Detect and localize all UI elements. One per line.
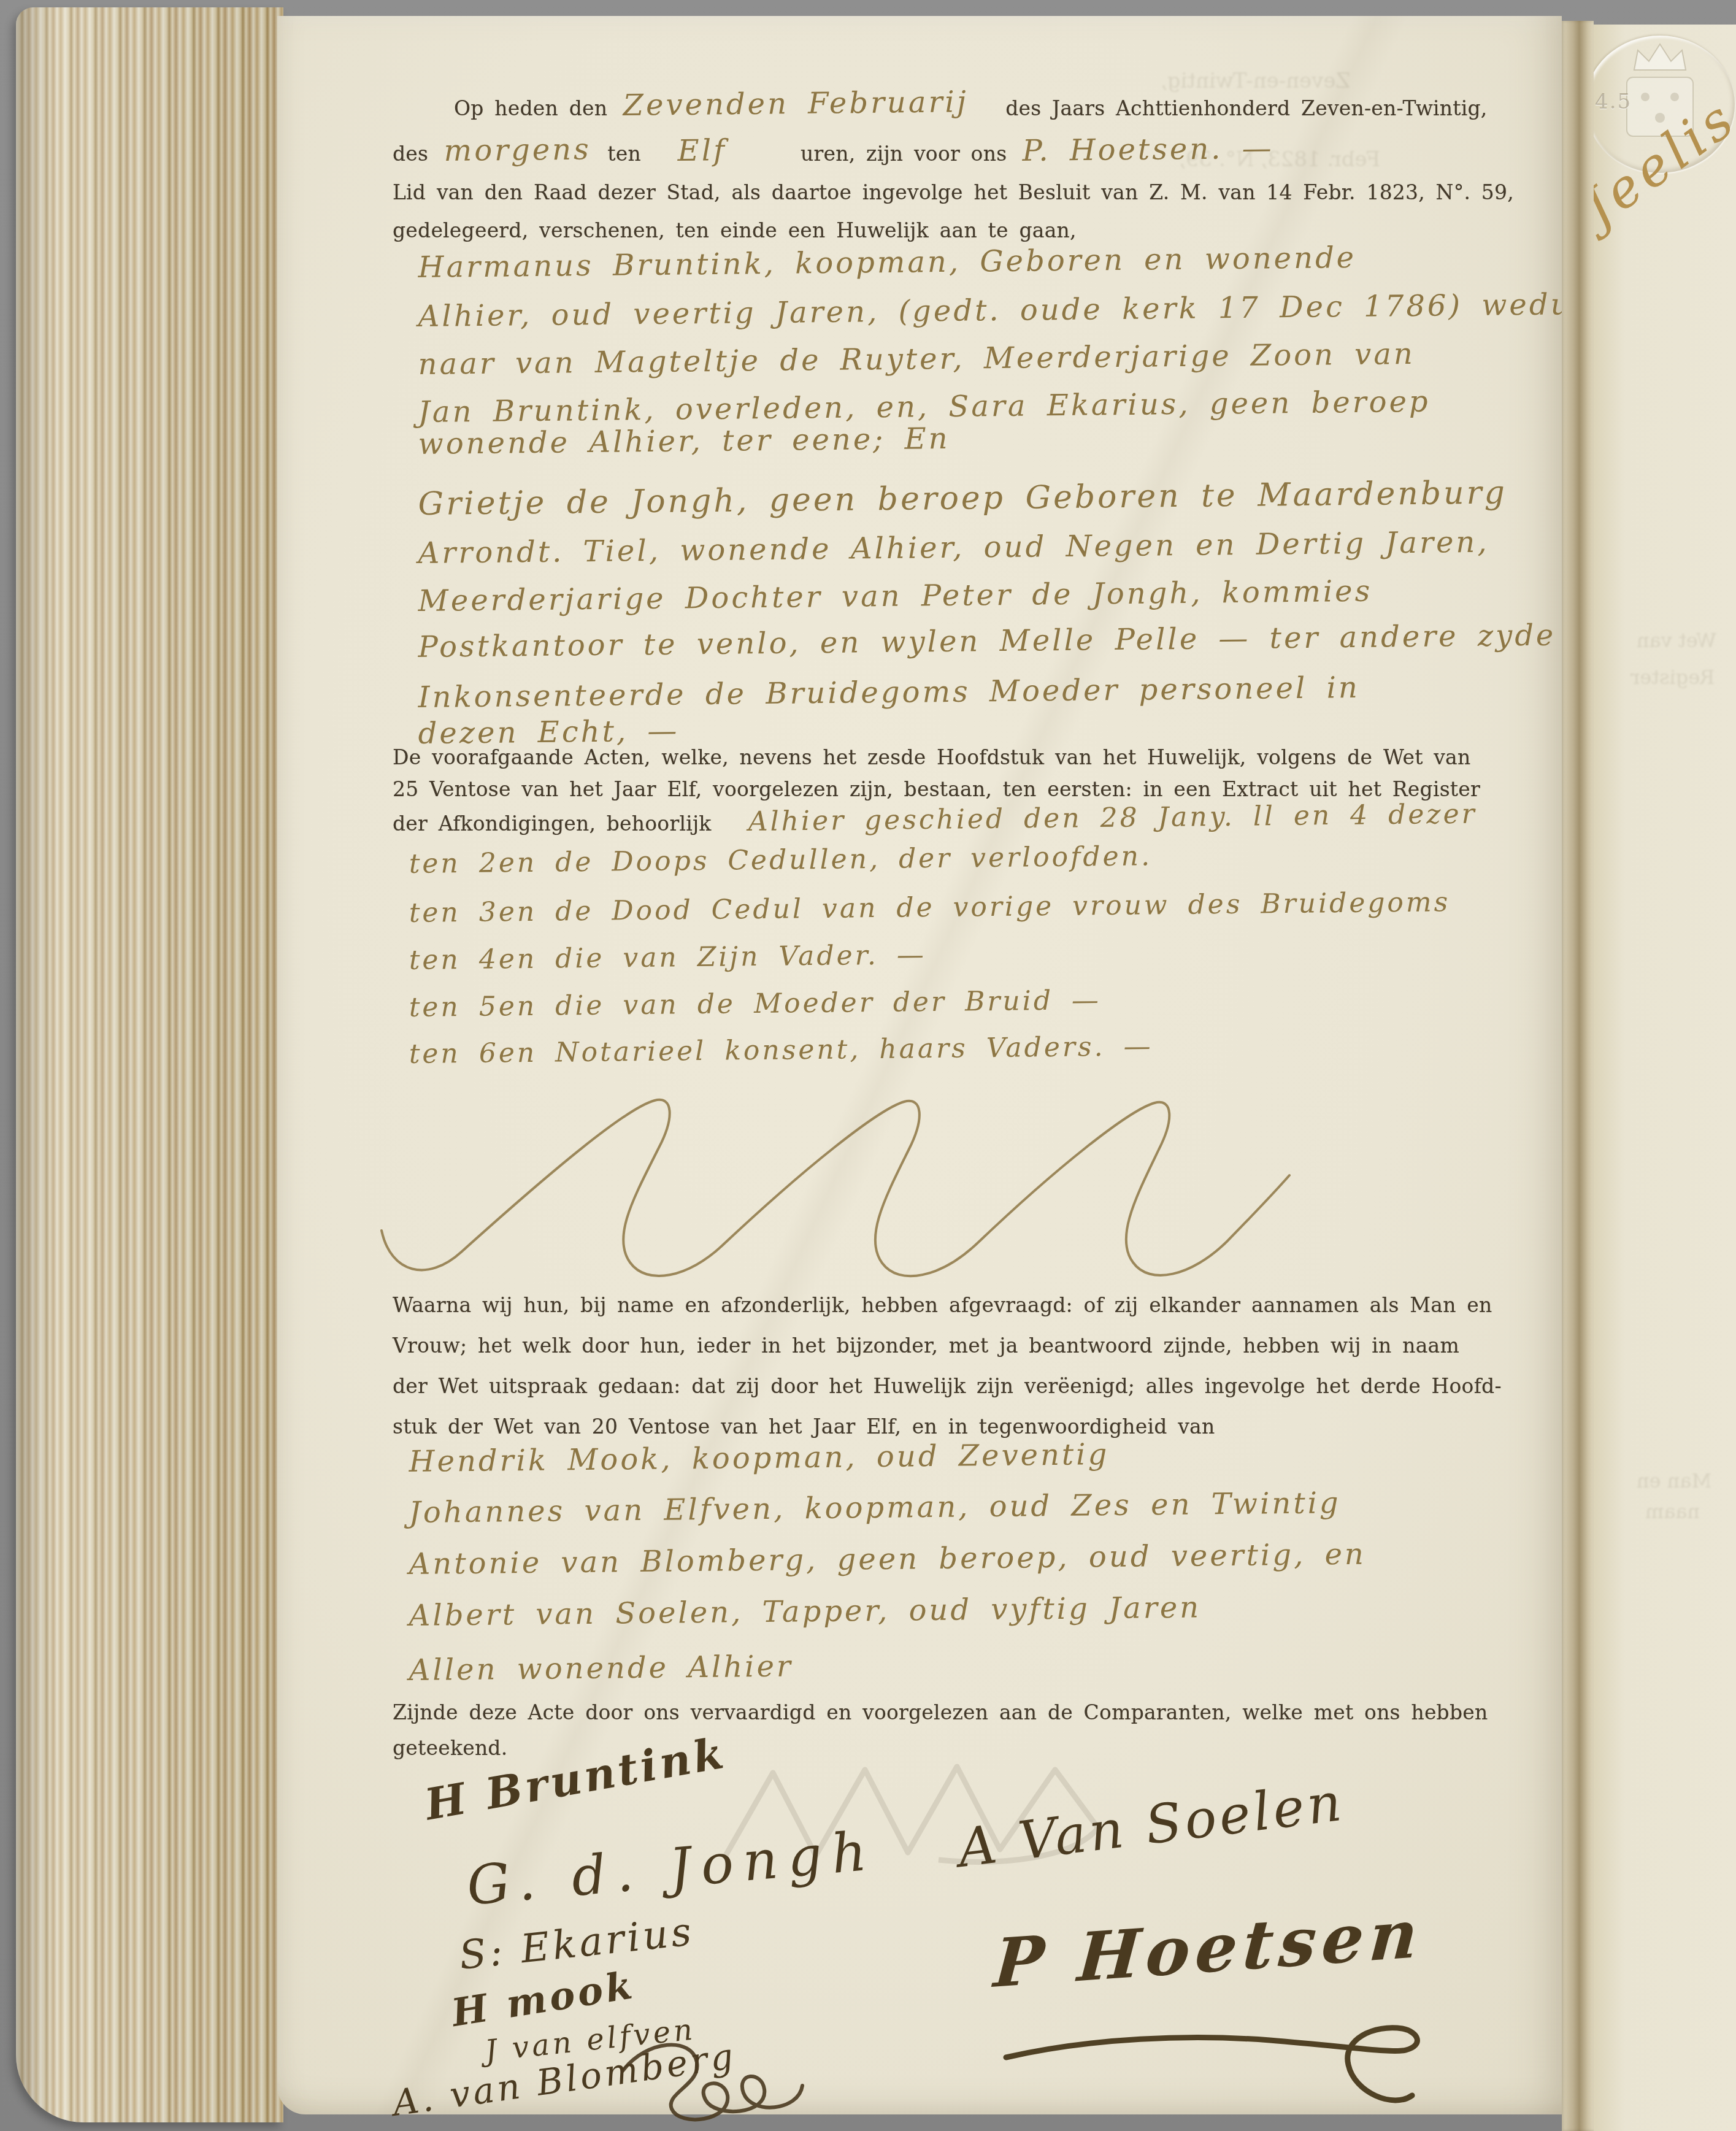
witness-line: Johannes van Elfven, koopman, oud Zes en… (409, 1486, 1341, 1530)
acts-item: ten 6en Notarieel konsent, haars Vaders.… (409, 1031, 1153, 1070)
bleedthrough-fragment: naam (1645, 1500, 1700, 1523)
acts-item: ten 4en die van Zijn Vader. — (409, 939, 926, 976)
witness-line: Albert van Soelen, Tapper, oud vyftig Ja… (409, 1590, 1201, 1633)
opening-line-3: Lid van den Raad dezer Stad, als daartoe… (393, 180, 1514, 204)
acts-item: ten 3en de Dood Cedul van de vorige vrou… (409, 886, 1450, 929)
bleedthrough-fragment: Wet van (1637, 629, 1716, 652)
acts-line-2: 25 Ventose van het Jaar Elf, voorgelezen… (393, 777, 1480, 801)
printed-text: ten (607, 142, 641, 166)
opening-line-2: des morgens ten Elf uren, zijn voor ons … (393, 134, 1274, 168)
right-page-edge: 4.5 Jeelis Wet van Register Man en naam (1594, 25, 1736, 2131)
opening-line-1: Op heden den Zevenden Februarij des Jaar… (393, 88, 1488, 123)
marriage-line: der Wet uitspraak gedaan: dat zij door h… (393, 1374, 1502, 1398)
bride-line: Arrondt. Tiel, wonende Alhier, oud Negen… (418, 525, 1489, 570)
witness-line: Allen wonende Alhier (409, 1649, 793, 1688)
signature-bride: G. d. Jongh (464, 1819, 879, 1918)
printed-text: Op heden den (454, 96, 607, 120)
groom-line: Alhier, oud veertig Jaren, (gedt. oude k… (418, 286, 1632, 334)
groom-line: wonende Alhier, ter eene; En (418, 421, 950, 461)
bleedthrough-fragment: Man en (1637, 1469, 1711, 1492)
closing-line: geteekend. (393, 1736, 507, 1760)
signature-official: P Hoetsen (991, 1895, 1426, 2003)
bride-line: Meerderjarige Dochter van Peter de Jongh… (418, 574, 1372, 618)
handwritten-publication-note: Alhier geschied den 28 Jany. ll en 4 dez… (748, 799, 1477, 837)
blomberg-signature-flourish (613, 2034, 810, 2131)
official-signature-flourish (1000, 2021, 1429, 2125)
printed-text: der Afkondigingen, behoorlijk (393, 812, 712, 835)
groom-line: naar van Magteltje de Ruyter, Meerderjar… (418, 337, 1415, 382)
marriage-line: Vrouw; het welk door hun, ieder in het b… (393, 1334, 1459, 1357)
bleedthrough-fragment: Register (1630, 666, 1715, 689)
marriage-line: Waarna wij hun, bij name en afzonderlijk… (393, 1293, 1492, 1317)
handwritten-hour: Elf (677, 133, 727, 168)
scanned-register-spread: { "palette":{ "backdrop":"#898989","pape… (0, 0, 1736, 2131)
printed-text: des Jaars Achttienhonderd Zeven-en-Twint… (1005, 96, 1487, 120)
book-page-edges (16, 7, 283, 2122)
bride-line: Grietje de Jongh, geen beroep Geboren te… (418, 474, 1507, 523)
pen-flourish-squiggle (369, 1083, 1302, 1292)
acts-line-1: De voorafgaande Acten, welke, nevens het… (393, 745, 1470, 769)
marriage-line: stuk der Wet van 20 Ventose van het Jaar… (393, 1415, 1215, 1438)
signature-mother-ekarius: S: Ekarius (457, 1909, 696, 1979)
witness-line: Antonie van Blomberg, geen beroep, oud v… (409, 1537, 1366, 1581)
handwritten-daypart: morgens (444, 132, 592, 168)
stamp-value: 4.5 (1595, 90, 1632, 114)
handwritten-official-name: P. Hoetsen. — (1023, 131, 1275, 168)
bride-line: Inkonsenteerde de Bruidegoms Moeder pers… (418, 670, 1360, 715)
groom-line: Harmanus Bruntink, koopman, Geboren en w… (418, 240, 1356, 285)
acts-item: ten 2en de Doops Cedullen, der verloofde… (409, 840, 1152, 880)
opening-line-4: gedelegeerd, verschenen, ten einde een H… (393, 218, 1077, 242)
embossed-crown (1629, 40, 1691, 72)
printed-text: des (393, 142, 428, 166)
left-page: Zeven-en-Twintig, Febr. 1823, N°. 59, Op… (277, 16, 1562, 2114)
bride-line: Postkantoor te venlo, en wylen Melle Pel… (418, 618, 1556, 664)
acts-item: ten 5en die van de Moeder der Bruid — (409, 985, 1101, 1023)
witness-line: Hendrik Mook, koopman, oud Zeventig (409, 1437, 1109, 1479)
book-gutter (1562, 21, 1594, 2131)
printed-text: uren, zijn voor ons (801, 142, 1007, 166)
handwritten-date: Zevenden Februarij (623, 85, 969, 123)
closing-line: Zijnde deze Acte door ons vervaardigd en… (393, 1700, 1488, 1724)
acts-line-3: der Afkondigingen, behoorlijk Alhier ges… (393, 806, 1477, 837)
